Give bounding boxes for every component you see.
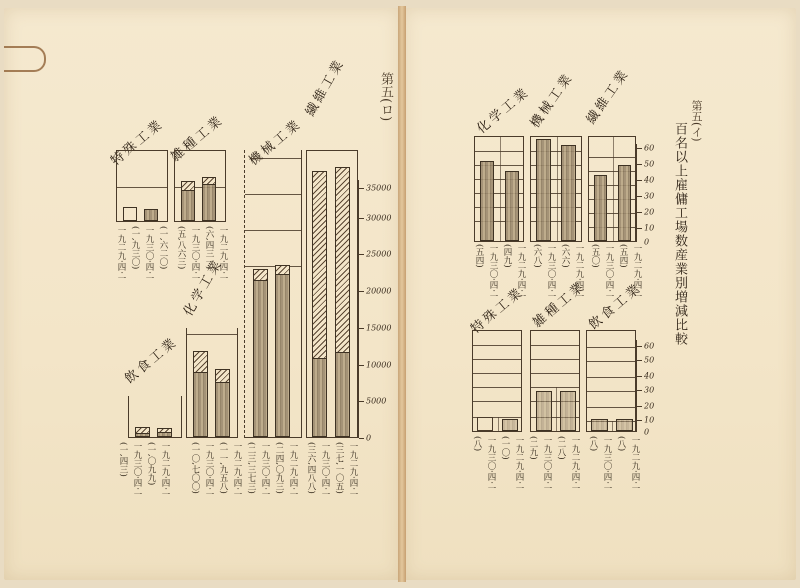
bar-1930 (561, 145, 576, 241)
bar-1930 (144, 209, 158, 221)
chart-frame (306, 150, 358, 438)
x-labels: (一,四三) 一九三〇·四·一 (一,〇九九) 一九二九·四·一 (118, 442, 170, 498)
x-labels: (二三,三七三) 一九三〇·四·一 (二四,〇九三) 一九二九·四·一 (246, 442, 298, 498)
right-sheet-number: 第五(イ) (688, 100, 704, 142)
scanned-document-spread: 第五(ロ) 第五(イ) 百名以上雇傭工場数産業別増減比較 特殊工業 一九二九·四… (0, 0, 800, 588)
bar-1929 (480, 161, 494, 241)
bar-1929 (123, 207, 137, 221)
bar-1929 (181, 181, 195, 221)
x-labels: 一九二九·四·一 (一,九三〇) 一九三〇·四·一 (一,六二〇) (116, 226, 168, 282)
bar-1930 (505, 171, 519, 241)
bar-1930 (618, 165, 631, 241)
chart-frame (174, 150, 226, 222)
bar-1930 (616, 419, 633, 431)
bar-1929 (312, 171, 327, 437)
chart-frame (472, 330, 522, 432)
right-bottom-y-axis: 0 10 20 30 40 50 60 (636, 340, 637, 432)
chart-frame (128, 396, 182, 438)
chart-frame (244, 150, 302, 438)
bar-1930 (502, 419, 518, 431)
bar-1929 (477, 417, 493, 431)
right-page-title: 百名以上雇傭工場数産業別増減比較 (672, 122, 686, 346)
chart-frame (474, 136, 524, 242)
right-top-y-axis: 0 10 20 30 40 50 60 (636, 144, 637, 242)
bar-1929 (253, 269, 268, 437)
bar-1930 (275, 265, 290, 437)
x-labels: (二九) 一九三〇·四·一 (二八) 一九二九·四·一 (528, 436, 580, 492)
chart-frame (116, 150, 168, 222)
bar-1929 (135, 427, 150, 437)
bar-1930 (560, 391, 576, 431)
chart-frame (586, 330, 636, 432)
x-labels: (八) 一九三〇·四·一 (一〇) 一九二九·四·一 (472, 436, 524, 492)
bar-1930 (335, 167, 350, 437)
x-labels: (八) 一九三〇·四·一 (八) 一九二九·四·一 (588, 436, 640, 492)
chart-frame (588, 136, 636, 242)
bar-1929 (536, 391, 552, 431)
chart-frame (530, 330, 580, 432)
x-labels: (一〇,七〇〇) 一九三〇·四·一 (一一,九五八) 一九二九·四·一 (190, 442, 242, 498)
bar-1930 (215, 369, 230, 437)
bar-1929 (536, 139, 551, 241)
bar-1929 (591, 419, 608, 431)
binding-gutter (398, 6, 406, 582)
paper-clip-mark (4, 46, 46, 72)
left-sheet-number: 第五(ロ) (376, 72, 395, 121)
bar-1930 (157, 428, 172, 437)
bar-1929 (594, 175, 607, 241)
x-labels: (三六,四八八) 一九三〇·四·一 (三七,一〇五) 一九二九·四·一 (306, 442, 358, 498)
left-y-axis: 0 5000 10000 15000 20000 25000 30000 350… (358, 180, 359, 438)
bar-1929 (193, 351, 208, 437)
chart-frame (530, 136, 582, 242)
chart-frame (186, 328, 238, 438)
bar-1930 (202, 177, 216, 221)
